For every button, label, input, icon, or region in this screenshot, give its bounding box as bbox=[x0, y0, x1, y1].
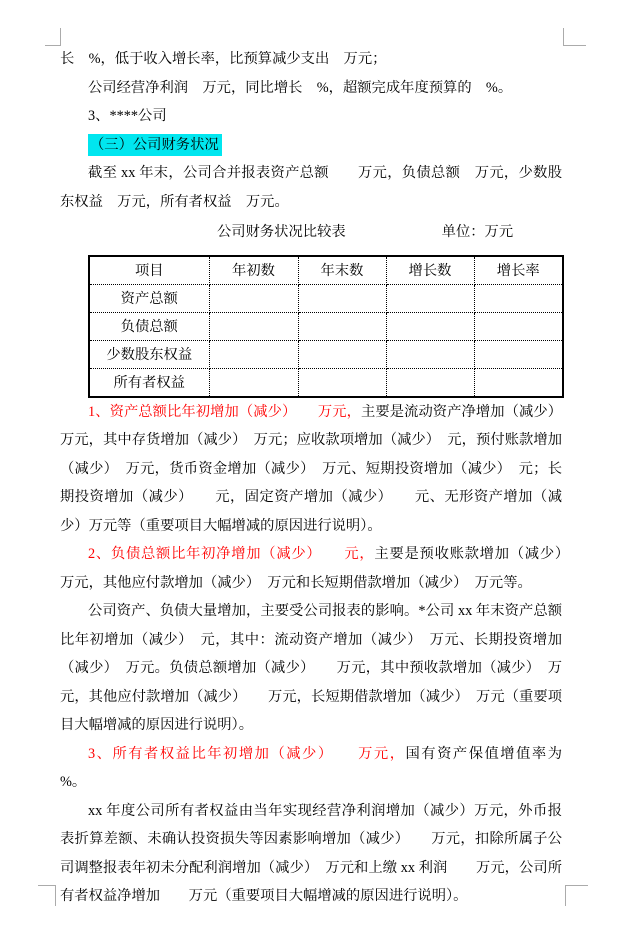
table-data-cell bbox=[474, 340, 563, 368]
table-header-row: 项目 年初数 年末数 增长数 增长率 bbox=[89, 256, 563, 285]
paragraph-growth-rate: 长 %，低于收入增长率，比预算减少支出 万元； bbox=[60, 45, 562, 74]
table-header-cell: 增长率 bbox=[474, 256, 563, 285]
crop-mark-top-right bbox=[563, 28, 586, 46]
crop-mark-bottom-left bbox=[38, 885, 56, 906]
table-data-cell bbox=[474, 368, 563, 397]
section-heading-finance-status: （三）公司财务状况 bbox=[60, 131, 562, 160]
table-unit-label: 单位：万元 bbox=[442, 218, 513, 247]
table-row: 负债总额 bbox=[89, 312, 563, 340]
table-data-cell bbox=[298, 312, 386, 340]
table-header-cell: 项目 bbox=[89, 256, 209, 285]
table-data-cell bbox=[474, 284, 563, 312]
paragraph-asset-liability-analysis: 公司资产、负债大量增加，主要受公司报表的影响。*公司 xx 年末资产总额比年初增… bbox=[60, 597, 562, 740]
equity-change-lead: 3、所有者权益比年初增加（减少） 万元， bbox=[88, 746, 406, 762]
assets-change-lead: 1、资产总额比年初增加（减少） 万元， bbox=[88, 404, 361, 420]
table-data-cell bbox=[298, 368, 386, 397]
paragraph-company-item-3: 3、****公司 bbox=[60, 102, 562, 131]
crop-mark-bottom-right bbox=[565, 885, 588, 906]
liabilities-change-lead: 2、负债总额比年初净增加（减少） 元， bbox=[88, 546, 374, 562]
table-data-cell bbox=[386, 340, 474, 368]
table-row: 少数股东权益 bbox=[89, 340, 563, 368]
table-caption: 公司财务状况比较表 bbox=[217, 218, 346, 247]
table-data-cell bbox=[386, 312, 474, 340]
table-data-cell bbox=[298, 284, 386, 312]
heading-highlight: （三）公司财务状况 bbox=[88, 134, 222, 156]
paragraph-equity-detail: xx 年度公司所有者权益由当年实现经营净利润增加（减少）万元，外币报表折算差额、… bbox=[60, 797, 562, 911]
document-body: 长 %，低于收入增长率，比预算减少支出 万元； 公司经营净利润 万元，同比增长 … bbox=[60, 45, 562, 911]
table-row: 所有者权益 bbox=[89, 368, 563, 397]
crop-mark-top-left bbox=[45, 28, 61, 46]
table-data-cell bbox=[298, 340, 386, 368]
table-row-label: 负债总额 bbox=[89, 312, 209, 340]
paragraph-net-profit: 公司经营净利润 万元，同比增长 %，超额完成年度预算的 %。 bbox=[60, 74, 562, 103]
table-data-cell bbox=[209, 368, 298, 397]
paragraph-yearend-summary: 截至 xx 年末，公司合并报表资产总额 万元，负债总额 万元，少数股东权益 万元… bbox=[60, 159, 562, 216]
table-row-label: 资产总额 bbox=[89, 284, 209, 312]
financial-comparison-table: 项目 年初数 年末数 增长数 增长率 资产总额 负债总额 少 bbox=[88, 255, 564, 398]
table-row-label: 少数股东权益 bbox=[89, 340, 209, 368]
document-page: 长 %，低于收入增长率，比预算减少支出 万元； 公司经营净利润 万元，同比增长 … bbox=[0, 0, 620, 942]
table-data-cell bbox=[209, 340, 298, 368]
table-header-cell: 年末数 bbox=[298, 256, 386, 285]
table-data-cell bbox=[474, 312, 563, 340]
table-row-label: 所有者权益 bbox=[89, 368, 209, 397]
paragraph-assets-change: 1、资产总额比年初增加（减少） 万元，主要是流动资产净增加（减少）万元，其中存货… bbox=[60, 398, 562, 541]
table-row: 资产总额 bbox=[89, 284, 563, 312]
table-header-cell: 增长数 bbox=[386, 256, 474, 285]
paragraph-liabilities-change: 2、负债总额比年初净增加（减少） 元，主要是预收账款增加（减少） 万元，其他应付… bbox=[60, 540, 562, 597]
assets-change-body: 主要是流动资产净增加（减少）万元，其中存货增加（减少） 万元；应收款项增加（减少… bbox=[60, 404, 562, 534]
table-data-cell bbox=[209, 284, 298, 312]
table-data-cell bbox=[386, 368, 474, 397]
table-caption-line: 公司财务状况比较表 单位：万元 bbox=[60, 218, 562, 247]
table-data-cell bbox=[209, 312, 298, 340]
table-header-cell: 年初数 bbox=[209, 256, 298, 285]
table-data-cell bbox=[386, 284, 474, 312]
paragraph-equity-change: 3、所有者权益比年初增加（减少） 万元，国有资产保值增值率为 %。 bbox=[60, 740, 562, 797]
